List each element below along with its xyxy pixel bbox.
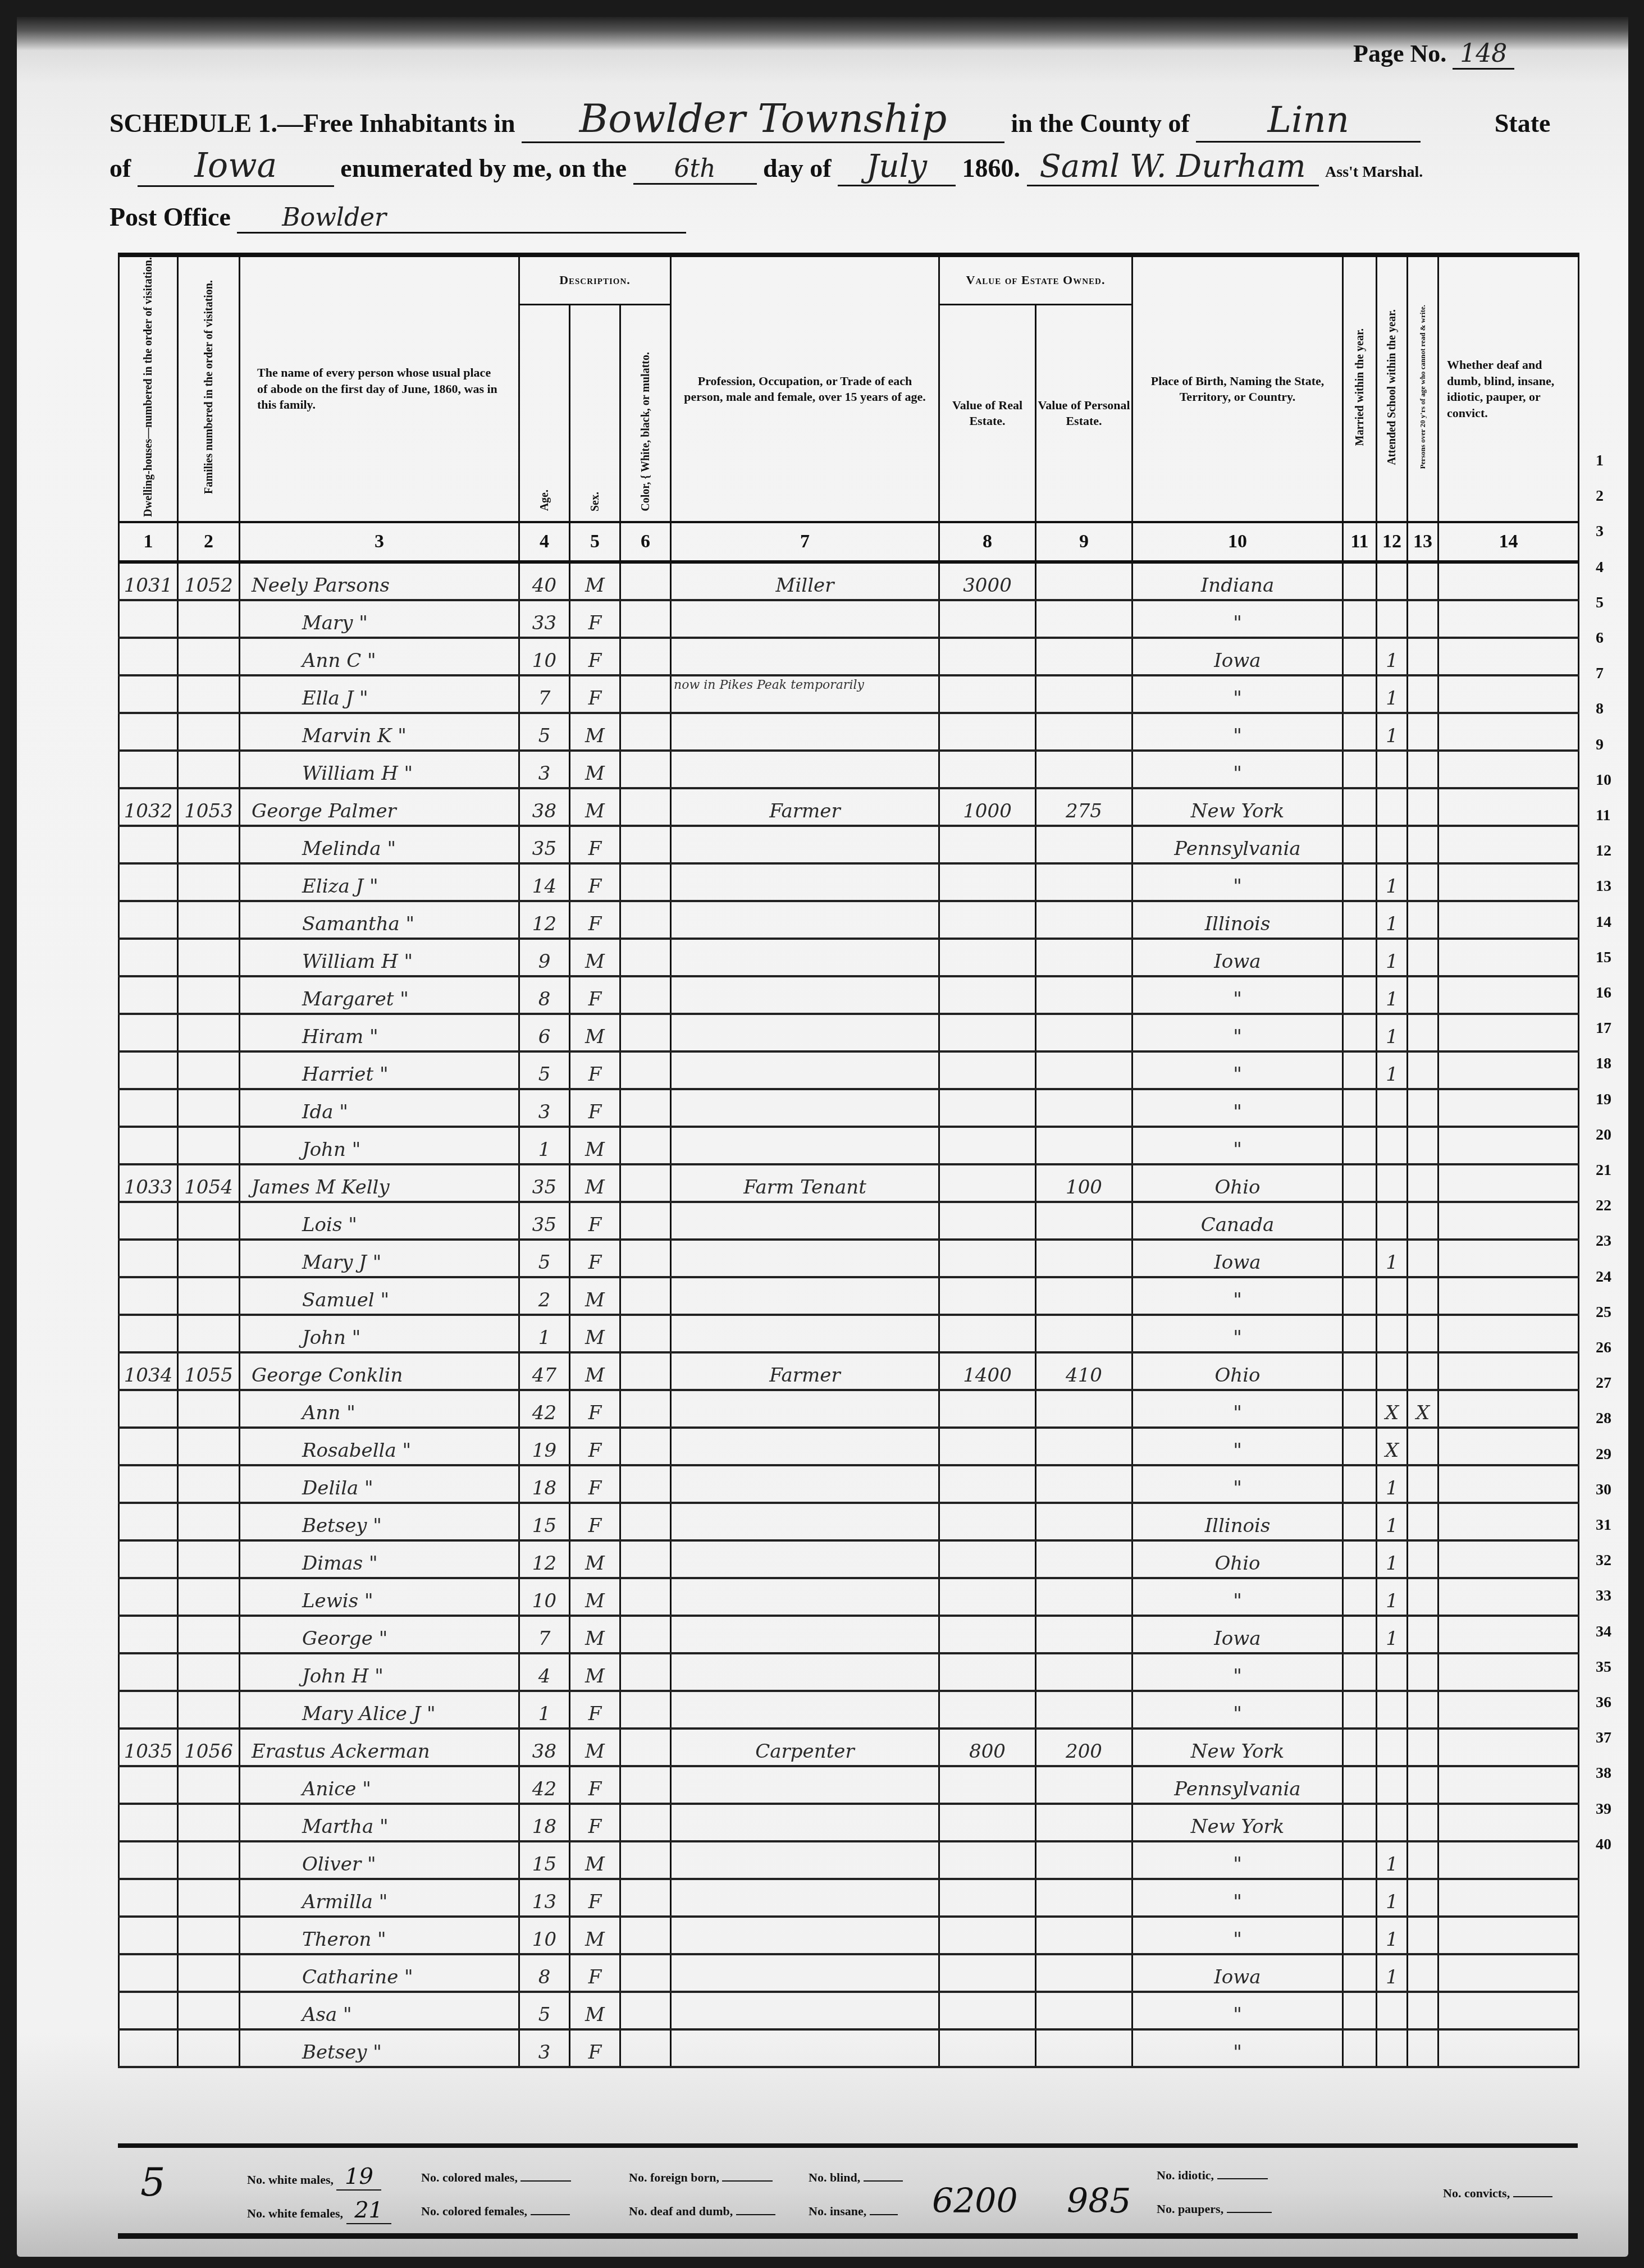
disability-cell	[1438, 1917, 1579, 1954]
dwelling-number-cell	[119, 1691, 178, 1729]
table-row: 10331054James M Kelly35MFarm Tenant100Oh…	[119, 1164, 1579, 1202]
person-name-cell: William H "	[240, 939, 519, 976]
married-within-year-cell	[1343, 1390, 1377, 1428]
family-number-cell: 1056	[178, 1729, 240, 1766]
attended-school-cell: 1	[1377, 901, 1408, 939]
age-cell: 35	[519, 1202, 570, 1240]
personal-estate-value-cell	[1036, 1540, 1132, 1578]
disability-cell	[1438, 939, 1579, 976]
marshal-label: Ass't Marshal.	[1325, 163, 1423, 181]
real-estate-value-cell	[939, 1804, 1036, 1841]
personal-estate-value-cell: 275	[1036, 788, 1132, 826]
family-number-cell: 1055	[178, 1352, 240, 1390]
family-number-cell	[178, 939, 240, 976]
table-row: Betsey "15FIllinois1	[119, 1503, 1579, 1540]
dwelling-number-cell	[119, 1804, 178, 1841]
personal-estate-value-cell	[1036, 1616, 1132, 1653]
enumerated-label: enumerated by me, on the	[340, 154, 627, 182]
family-number-cell	[178, 1954, 240, 1992]
person-name-cell: Lois "	[240, 1202, 519, 1240]
cannot-read-write-cell	[1408, 1729, 1438, 1766]
married-within-year-cell	[1343, 1428, 1377, 1465]
dwelling-number-cell	[119, 826, 178, 863]
attended-school-cell: 1	[1377, 1240, 1408, 1277]
disability-cell	[1438, 1315, 1579, 1352]
age-cell: 2	[519, 1277, 570, 1315]
occupation-cell: Miller	[671, 562, 939, 600]
disability-cell	[1438, 1841, 1579, 1879]
real-estate-value-cell	[939, 976, 1036, 1014]
person-name-cell: John H "	[240, 1653, 519, 1691]
personal-estate-value-cell	[1036, 1766, 1132, 1804]
line-number: 33	[1596, 1587, 1611, 1605]
attended-school-cell: 1	[1377, 1465, 1408, 1503]
col-number: 8	[939, 522, 1036, 562]
married-within-year-cell	[1343, 1164, 1377, 1202]
cannot-read-write-cell	[1408, 1051, 1438, 1089]
col-number: 4	[519, 522, 570, 562]
disability-cell	[1438, 1653, 1579, 1691]
person-name-cell: George Conklin	[240, 1352, 519, 1390]
line-number: 2	[1596, 487, 1604, 505]
real-estate-value-cell	[939, 1616, 1036, 1653]
family-number-cell	[178, 1540, 240, 1578]
col-number: 12	[1377, 522, 1408, 562]
color-cell	[620, 1879, 671, 1917]
colored-males: No. colored males,	[421, 2170, 571, 2185]
post-office-line: Post Office Bowlder	[109, 202, 686, 234]
person-name-cell: Catharine "	[240, 1954, 519, 1992]
color-cell	[620, 675, 671, 713]
sex-cell: M	[570, 1315, 620, 1352]
real-estate-value-cell	[939, 901, 1036, 939]
cannot-read-write-cell	[1408, 863, 1438, 901]
family-number-cell	[178, 1917, 240, 1954]
disability-cell	[1438, 1729, 1579, 1766]
occupation-cell	[671, 1616, 939, 1653]
sex-cell: M	[570, 939, 620, 976]
family-number-cell	[178, 1465, 240, 1503]
married-within-year-cell	[1343, 1240, 1377, 1277]
sex-cell: F	[570, 2029, 620, 2067]
dwelling-number-cell: 1035	[119, 1729, 178, 1766]
state-label: State	[1495, 109, 1551, 138]
day-field: 6th	[633, 154, 757, 185]
color-cell	[620, 2029, 671, 2067]
personal-estate-value-cell	[1036, 562, 1132, 600]
occupation-cell	[671, 1390, 939, 1428]
person-name-cell: Betsey "	[240, 2029, 519, 2067]
table-row: William H "3M"	[119, 751, 1579, 788]
sex-cell: F	[570, 901, 620, 939]
line-number: 3	[1596, 523, 1604, 541]
table-row: Melinda "35FPennsylvania	[119, 826, 1579, 863]
attended-school-cell: 1	[1377, 1014, 1408, 1051]
table-row: John "1M"	[119, 1127, 1579, 1164]
personal-estate-value-cell	[1036, 1240, 1132, 1277]
personal-estate-value-cell	[1036, 1841, 1132, 1879]
sex-cell: M	[570, 1578, 620, 1616]
table-row: Catharine "8FIowa1	[119, 1954, 1579, 1992]
age-cell: 33	[519, 600, 570, 638]
line-number: 21	[1596, 1162, 1611, 1179]
person-name-cell: Melinda "	[240, 826, 519, 863]
person-name-cell: Marvin K "	[240, 713, 519, 751]
col-7-header: Profession, Occupation, or Trade of each…	[671, 255, 939, 522]
color-cell	[620, 1428, 671, 1465]
real-estate-value-cell	[939, 1127, 1036, 1164]
place-of-birth-cell: "	[1132, 1089, 1343, 1127]
age-cell: 6	[519, 1014, 570, 1051]
occupation-cell	[671, 1051, 939, 1089]
color-cell	[620, 1954, 671, 1992]
color-cell	[620, 1992, 671, 2029]
occupation-cell	[671, 1992, 939, 2029]
place-of-birth-cell: Ohio	[1132, 1540, 1343, 1578]
line-number: 12	[1596, 842, 1611, 860]
occupation-cell	[671, 1540, 939, 1578]
color-cell	[620, 1352, 671, 1390]
personal-estate-value-cell	[1036, 901, 1132, 939]
personal-estate-value-cell	[1036, 1804, 1132, 1841]
real-estate-value-cell	[939, 1202, 1036, 1240]
sex-cell: M	[570, 1841, 620, 1879]
description-header: Description.	[519, 255, 671, 305]
dwelling-number-cell	[119, 1954, 178, 1992]
color-cell	[620, 1578, 671, 1616]
place-of-birth-cell: "	[1132, 1578, 1343, 1616]
table-row: Ann C "10FIowa1	[119, 638, 1579, 675]
age-cell: 15	[519, 1841, 570, 1879]
married-within-year-cell	[1343, 1653, 1377, 1691]
table-row: Martha "18FNew York	[119, 1804, 1579, 1841]
place-of-birth-cell: "	[1132, 1992, 1343, 2029]
cannot-read-write-cell	[1408, 1202, 1438, 1240]
line-number: 18	[1596, 1055, 1611, 1073]
census-table: Dwelling-houses—numbered in the order of…	[118, 253, 1579, 2068]
table-row: Asa "5M"	[119, 1992, 1579, 2029]
person-name-cell: Mary "	[240, 600, 519, 638]
cannot-read-write-cell	[1408, 788, 1438, 826]
real-estate-value-cell	[939, 1691, 1036, 1729]
occupation-cell	[671, 751, 939, 788]
married-within-year-cell	[1343, 1014, 1377, 1051]
real-estate-value-cell	[939, 751, 1036, 788]
table-row: 10311052Neely Parsons40MMiller3000Indian…	[119, 562, 1579, 600]
personal-estate-value-cell	[1036, 976, 1132, 1014]
attended-school-cell: 1	[1377, 713, 1408, 751]
sex-cell: M	[570, 1014, 620, 1051]
color-cell	[620, 901, 671, 939]
age-cell: 12	[519, 901, 570, 939]
age-cell: 1	[519, 1315, 570, 1352]
personal-estate-value-cell	[1036, 1691, 1132, 1729]
attended-school-cell: 1	[1377, 1540, 1408, 1578]
blind: No. blind,	[809, 2170, 903, 2185]
table-row: Betsey "3F"	[119, 2029, 1579, 2067]
attended-school-cell	[1377, 1089, 1408, 1127]
occupation-cell	[671, 1766, 939, 1804]
header-row-top: Dwelling-houses—numbered in the order of…	[119, 255, 1579, 305]
family-number-cell	[178, 1841, 240, 1879]
col-3-header: The name of every person whose usual pla…	[240, 255, 519, 522]
line-number: 11	[1596, 807, 1610, 825]
line-number: 30	[1596, 1481, 1611, 1499]
table-row: Dimas "12MOhio1	[119, 1540, 1579, 1578]
age-cell: 10	[519, 638, 570, 675]
cannot-read-write-cell	[1408, 1841, 1438, 1879]
age-cell: 3	[519, 751, 570, 788]
attended-school-cell: 1	[1377, 939, 1408, 976]
col-6-header: Color, { White, black, or mulatto.	[620, 305, 671, 522]
place-of-birth-cell: "	[1132, 976, 1343, 1014]
real-estate-value-cell	[939, 713, 1036, 751]
dwelling-number-cell	[119, 1277, 178, 1315]
family-number-cell	[178, 1616, 240, 1653]
personal-estate-value-cell	[1036, 713, 1132, 751]
person-name-cell: Margaret "	[240, 976, 519, 1014]
cannot-read-write-cell	[1408, 1766, 1438, 1804]
colored-females: No. colored females,	[421, 2204, 570, 2219]
sex-cell: F	[570, 600, 620, 638]
age-cell: 10	[519, 1917, 570, 1954]
col-number: 11	[1343, 522, 1377, 562]
family-number-cell	[178, 1240, 240, 1277]
personal-estate-value-cell	[1036, 1465, 1132, 1503]
person-name-cell: William H "	[240, 751, 519, 788]
cannot-read-write-cell	[1408, 600, 1438, 638]
age-cell: 15	[519, 1503, 570, 1540]
occupation-cell	[671, 1127, 939, 1164]
real-estate-value-cell	[939, 1992, 1036, 2029]
family-number-cell	[178, 1503, 240, 1540]
col-number: 13	[1408, 522, 1438, 562]
real-estate-value-cell	[939, 1014, 1036, 1051]
dwelling-number-cell	[119, 1051, 178, 1089]
sex-cell: F	[570, 1465, 620, 1503]
convicts: No. convicts,	[1443, 2186, 1552, 2201]
personal-estate-value-cell: 200	[1036, 1729, 1132, 1766]
real-estate-value-cell	[939, 1540, 1036, 1578]
table-row: Mary "33F"	[119, 600, 1579, 638]
family-number-cell	[178, 1390, 240, 1428]
occupation-cell	[671, 600, 939, 638]
family-number-cell: 1052	[178, 562, 240, 600]
personal-estate-value-cell	[1036, 1202, 1132, 1240]
cannot-read-write-cell	[1408, 1992, 1438, 2029]
table-row: Lois "35FCanada	[119, 1202, 1579, 1240]
line-number: 7	[1596, 665, 1604, 683]
personal-estate-value-cell	[1036, 1315, 1132, 1352]
table-row: Eliza J "14F"1	[119, 863, 1579, 901]
family-number-cell	[178, 2029, 240, 2067]
color-cell	[620, 751, 671, 788]
real-estate-value-cell	[939, 1917, 1036, 1954]
occupation-cell: Farm Tenant	[671, 1164, 939, 1202]
married-within-year-cell	[1343, 1616, 1377, 1653]
col-9-header: Value of Personal Estate.	[1036, 305, 1132, 522]
color-cell	[620, 1465, 671, 1503]
person-name-cell: Mary Alice J "	[240, 1691, 519, 1729]
sex-cell: M	[570, 1540, 620, 1578]
color-cell	[620, 1240, 671, 1277]
disability-cell	[1438, 1616, 1579, 1653]
color-cell	[620, 713, 671, 751]
dwelling-number-cell	[119, 1390, 178, 1428]
family-number-cell	[178, 1014, 240, 1051]
personal-estate-value-cell	[1036, 2029, 1132, 2067]
place-of-birth-cell: "	[1132, 1917, 1343, 1954]
line-number: 9	[1596, 736, 1604, 754]
family-number-cell	[178, 863, 240, 901]
person-name-cell: Samantha "	[240, 901, 519, 939]
cannot-read-write-cell	[1408, 826, 1438, 863]
place-of-birth-cell: New York	[1132, 788, 1343, 826]
married-within-year-cell	[1343, 1540, 1377, 1578]
attended-school-cell: 1	[1377, 1879, 1408, 1917]
place-of-birth-cell: "	[1132, 1390, 1343, 1428]
occupation-cell	[671, 1503, 939, 1540]
place-of-birth-cell: Illinois	[1132, 901, 1343, 939]
personal-estate-value-cell	[1036, 863, 1132, 901]
disability-cell	[1438, 1240, 1579, 1277]
line-number: 19	[1596, 1091, 1611, 1109]
real-estate-value-cell	[939, 1503, 1036, 1540]
person-name-cell: Anice "	[240, 1766, 519, 1804]
personal-estate-value-cell	[1036, 1578, 1132, 1616]
line-number: 39	[1596, 1800, 1611, 1818]
age-cell: 3	[519, 1089, 570, 1127]
real-estate-value-cell	[939, 1841, 1036, 1879]
table-row: Delila "18F"1	[119, 1465, 1579, 1503]
sex-cell: F	[570, 1051, 620, 1089]
personal-estate-value-cell	[1036, 638, 1132, 675]
place-of-birth-cell: "	[1132, 1127, 1343, 1164]
table-row: Rosabella "19F"X	[119, 1428, 1579, 1465]
line-number: 8	[1596, 700, 1604, 718]
foreign-born: No. foreign born,	[629, 2170, 773, 2185]
real-estate-value-cell	[939, 2029, 1036, 2067]
personal-estate-value-cell	[1036, 1277, 1132, 1315]
attended-school-cell: 1	[1377, 675, 1408, 713]
occupation-cell	[671, 1917, 939, 1954]
real-estate-value-cell	[939, 1428, 1036, 1465]
real-estate-value-cell	[939, 1390, 1036, 1428]
color-cell	[620, 1164, 671, 1202]
place-of-birth-cell: "	[1132, 1653, 1343, 1691]
real-estate-value-cell	[939, 1240, 1036, 1277]
disability-cell	[1438, 901, 1579, 939]
sex-cell: M	[570, 1992, 620, 2029]
disability-cell	[1438, 1051, 1579, 1089]
place-of-birth-cell: "	[1132, 600, 1343, 638]
married-within-year-cell	[1343, 1503, 1377, 1540]
real-estate-value-cell	[939, 1653, 1036, 1691]
person-name-cell: Ida "	[240, 1089, 519, 1127]
place-of-birth-cell: Illinois	[1132, 1503, 1343, 1540]
person-name-cell: John "	[240, 1315, 519, 1352]
person-name-cell: Eliza J "	[240, 863, 519, 901]
place-of-birth-cell: Iowa	[1132, 1954, 1343, 1992]
white-males: No. white males, 19	[247, 2164, 381, 2191]
col-12-header: Attended School within the year.	[1377, 255, 1408, 522]
sex-cell: M	[570, 1917, 620, 1954]
disability-cell	[1438, 600, 1579, 638]
cannot-read-write-cell	[1408, 1578, 1438, 1616]
color-cell	[620, 863, 671, 901]
sex-cell: F	[570, 1428, 620, 1465]
place-of-birth-cell: "	[1132, 675, 1343, 713]
family-number-cell	[178, 751, 240, 788]
dwelling-number-cell	[119, 1879, 178, 1917]
color-cell	[620, 826, 671, 863]
age-cell: 38	[519, 788, 570, 826]
disability-cell	[1438, 713, 1579, 751]
disability-cell	[1438, 863, 1579, 901]
place-of-birth-cell: "	[1132, 1465, 1343, 1503]
line-number: 20	[1596, 1126, 1611, 1144]
person-name-cell: George Palmer	[240, 788, 519, 826]
cannot-read-write-cell	[1408, 1014, 1438, 1051]
person-name-cell: Martha "	[240, 1804, 519, 1841]
line-number: 37	[1596, 1729, 1611, 1747]
margin-mark: 5	[140, 2159, 166, 2205]
attended-school-cell: 1	[1377, 1841, 1408, 1879]
place-of-birth-cell: New York	[1132, 1729, 1343, 1766]
age-cell: 14	[519, 863, 570, 901]
disability-cell	[1438, 1766, 1579, 1804]
cannot-read-write-cell: X	[1408, 1390, 1438, 1428]
sex-cell: F	[570, 863, 620, 901]
dwelling-number-cell	[119, 901, 178, 939]
enumeration-line: of Iowa enumerated by me, on the 6th day…	[109, 146, 1423, 187]
sex-cell: F	[570, 1879, 620, 1917]
attended-school-cell	[1377, 826, 1408, 863]
personal-estate-value-cell	[1036, 1992, 1132, 2029]
post-office-label: Post Office	[109, 203, 231, 231]
table-row: Margaret "8F"1	[119, 976, 1579, 1014]
of-label: of	[109, 154, 131, 182]
table-row: 10321053George Palmer38MFarmer1000275New…	[119, 788, 1579, 826]
dwelling-number-cell	[119, 1578, 178, 1616]
cannot-read-write-cell	[1408, 1954, 1438, 1992]
dwelling-number-cell	[119, 1127, 178, 1164]
occupation-cell	[671, 1804, 939, 1841]
table-row: Samantha "12FIllinois1	[119, 901, 1579, 939]
occupation-cell	[671, 1691, 939, 1729]
dwelling-number-cell: 1032	[119, 788, 178, 826]
real-estate-value-cell	[939, 600, 1036, 638]
occupation-cell	[671, 1841, 939, 1879]
real-estate-value-cell	[939, 1465, 1036, 1503]
real-estate-value-cell	[939, 863, 1036, 901]
real-estate-value-cell	[939, 1164, 1036, 1202]
line-number: 13	[1596, 877, 1611, 895]
person-name-cell: Ann "	[240, 1390, 519, 1428]
age-cell: 9	[519, 939, 570, 976]
married-within-year-cell	[1343, 638, 1377, 675]
page-number-label: Page No.	[1353, 40, 1446, 67]
sex-cell: F	[570, 1503, 620, 1540]
real-estate-value-cell	[939, 826, 1036, 863]
real-estate-value-cell: 800	[939, 1729, 1036, 1766]
age-cell: 1	[519, 1127, 570, 1164]
place-of-birth-cell: New York	[1132, 1804, 1343, 1841]
sex-cell: F	[570, 1954, 620, 1992]
col-number: 5	[570, 522, 620, 562]
occupation-cell	[671, 1428, 939, 1465]
age-cell: 42	[519, 1766, 570, 1804]
